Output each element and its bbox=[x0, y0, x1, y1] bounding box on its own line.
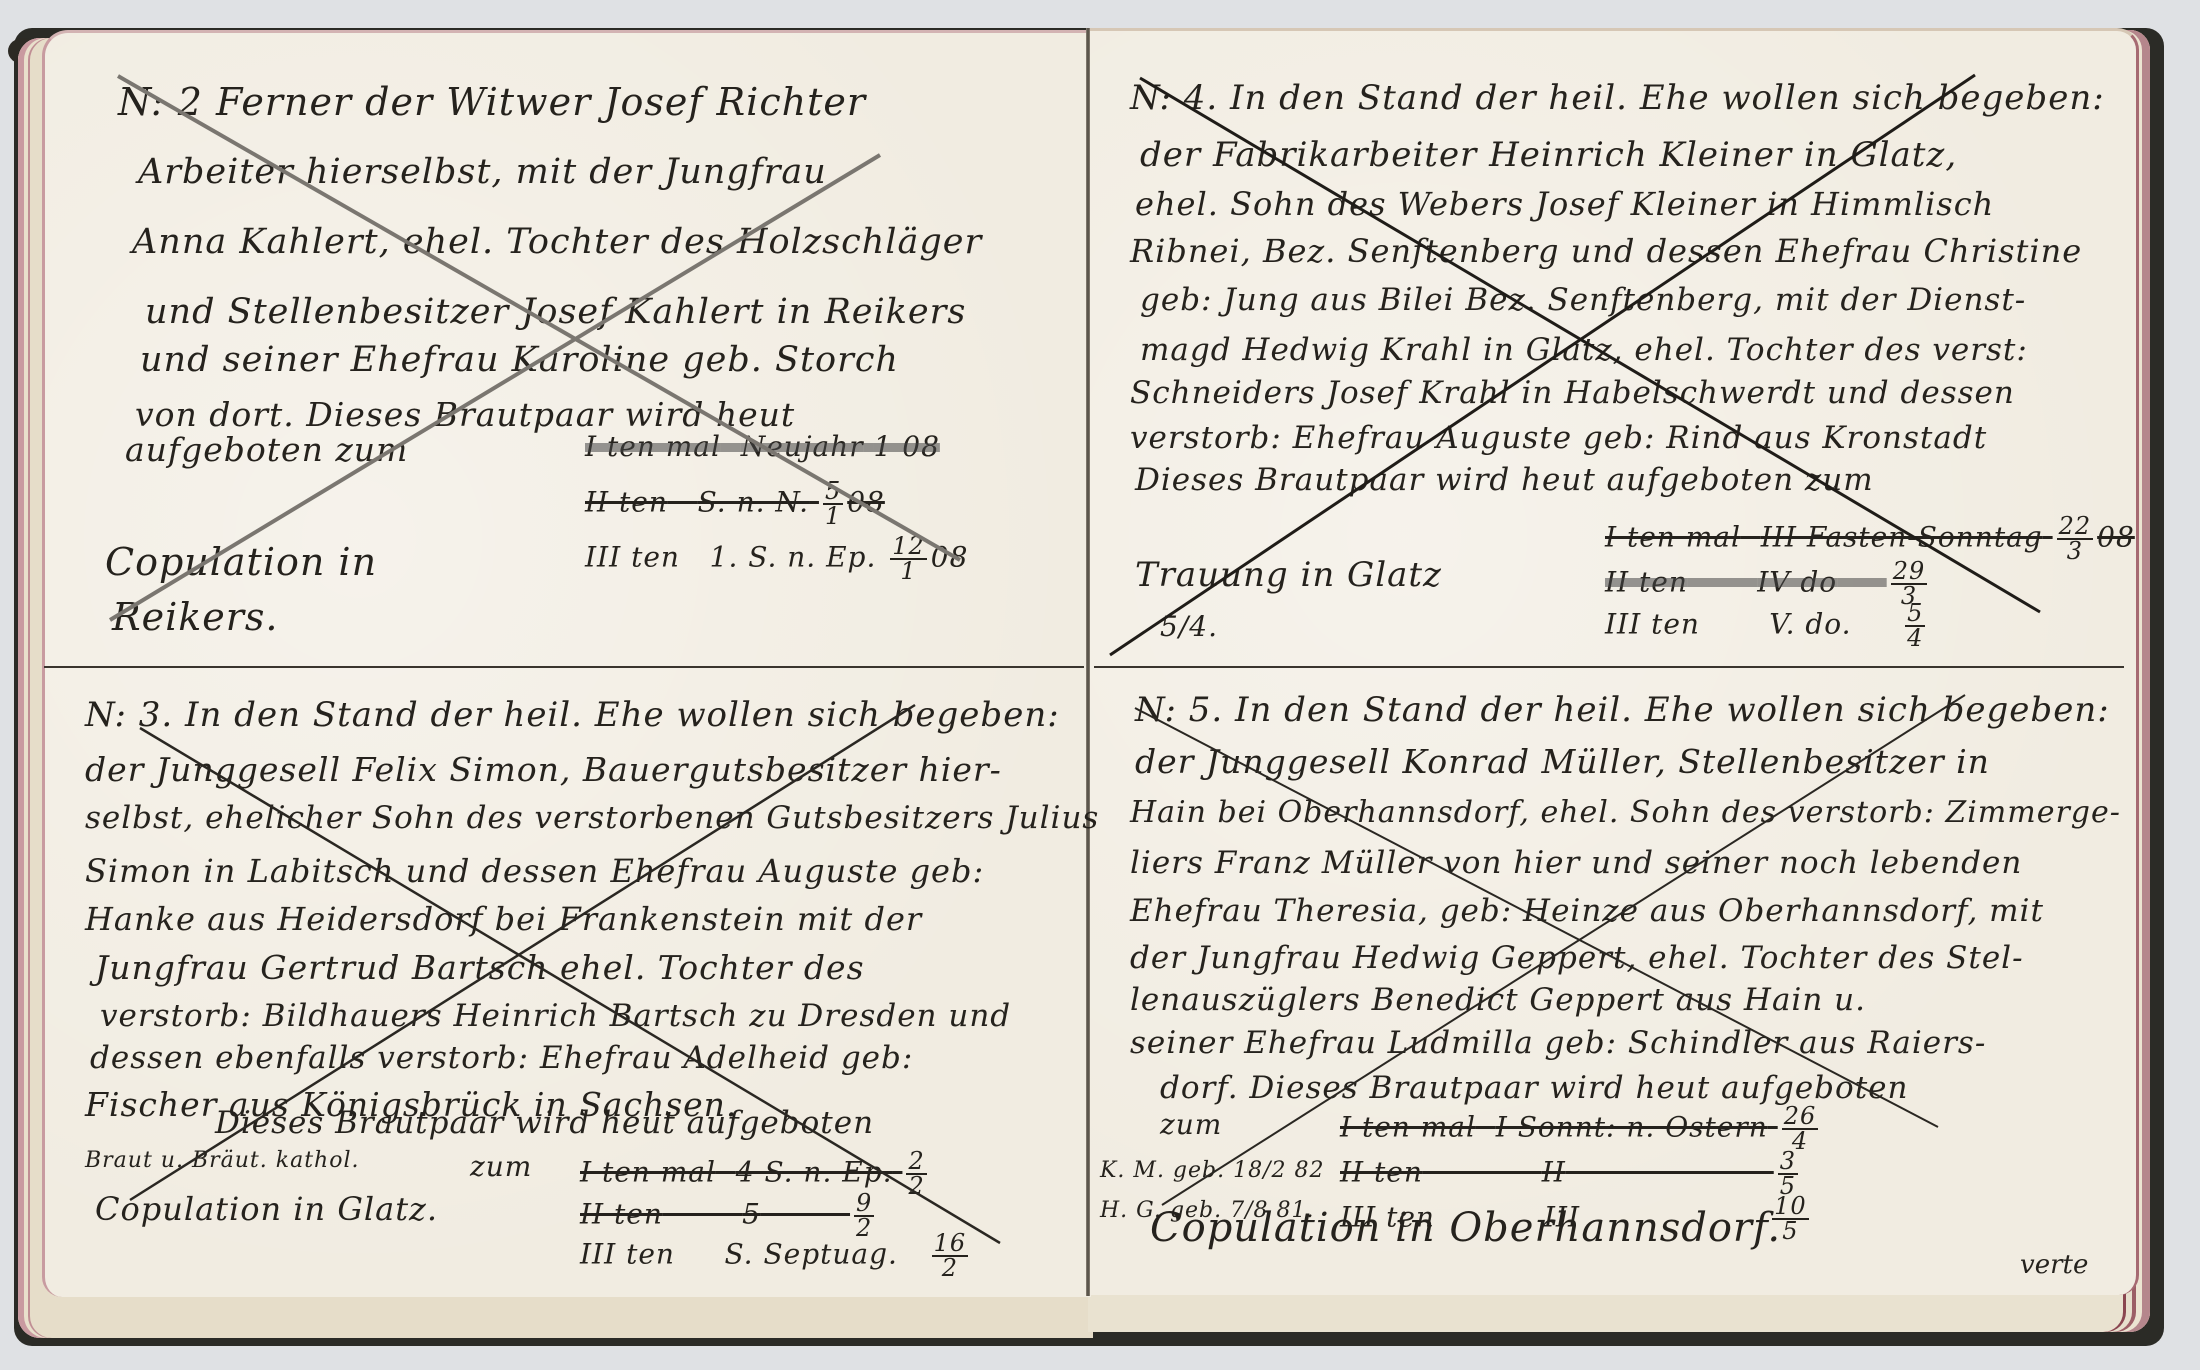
entry-line: N: 2 Ferner der Witwer Josef Richter bbox=[118, 80, 866, 124]
entry-line: lenauszüglers Benedict Geppert aus Hain … bbox=[1130, 982, 1866, 1018]
entry-line: ehel. Sohn des Webers Josef Kleiner in H… bbox=[1135, 185, 1994, 223]
entry-line: dorf. Dieses Brautpaar wird heut aufgebo… bbox=[1160, 1070, 1908, 1106]
entry-line: und Stellenbesitzer Josef Kahlert in Rei… bbox=[145, 292, 966, 332]
entry-line: der Jungfrau Hedwig Geppert, ehel. Tocht… bbox=[1130, 940, 2024, 976]
entry-line: selbst, ehelicher Sohn des verstorbenen … bbox=[85, 800, 1099, 836]
banns-row-1: I ten mal III Fasten-Sonntag 22308 bbox=[1605, 515, 2135, 563]
entry-line: aufgeboten zum bbox=[125, 430, 408, 469]
margin-note-groom-birth: K. M. geb. 18/2 82 bbox=[1100, 1158, 1325, 1183]
banns-row-2: II ten II 35 bbox=[1340, 1150, 1802, 1198]
banns-row-2: II ten IV do 293 bbox=[1605, 560, 1931, 608]
entry-line: liers Franz Müller von hier und seiner n… bbox=[1130, 845, 2022, 881]
banns-row-3: III ten 1. S. n. Ep. 12108 bbox=[585, 535, 968, 583]
banns-row-2: II ten S. n. N. 5108 bbox=[585, 480, 885, 528]
entry-footer: Copulation in Glatz. bbox=[95, 1190, 438, 1228]
entry-footer: Trauung in Glatz bbox=[1135, 555, 1442, 595]
entry-line: Ribnei, Bez. Senftenberg und dessen Ehef… bbox=[1130, 232, 2082, 270]
entry-line: der Fabrikarbeiter Heinrich Kleiner in G… bbox=[1140, 135, 1957, 175]
banns-row-1: I ten mal 4 S. n. Ep. 22 bbox=[580, 1150, 931, 1198]
margin-note: Braut u. Bräut. kathol. bbox=[85, 1148, 360, 1173]
entry-line: Simon in Labitsch und dessen Ehefrau Aug… bbox=[85, 852, 984, 890]
entry-line: Arbeiter hierselbst, mit der Jungfrau bbox=[138, 152, 827, 192]
banns-row-1: I ten mal Neujahr 1 08 bbox=[585, 430, 940, 463]
entry-line: Anna Kahlert, ehel. Tochter des Holzschl… bbox=[132, 222, 982, 262]
banns-row-3: III ten V. do. 54 bbox=[1605, 602, 1929, 650]
entry-footer: Copulation in Oberhannsdorf. bbox=[1150, 1205, 1781, 1251]
entry-line: seiner Ehefrau Ludmilla geb: Schindler a… bbox=[1130, 1025, 1986, 1061]
entry-line: Jungfrau Gertrud Bartsch ehel. Tochter d… bbox=[95, 948, 865, 987]
page-turn-note: verte bbox=[2020, 1250, 2088, 1280]
entry-line: von dort. Dieses Brautpaar wird heut bbox=[135, 395, 795, 434]
entry-line: verstorb: Ehefrau Auguste geb: Rind aus … bbox=[1130, 420, 1987, 456]
entry-line: Hanke aus Heidersdorf bei Frankenstein m… bbox=[85, 900, 922, 938]
entry-line: Schneiders Josef Krahl in Habelschwerdt … bbox=[1130, 375, 2015, 411]
book-gutter bbox=[1086, 28, 1090, 1296]
left-page-divider bbox=[44, 666, 1084, 668]
banns-row-3: III ten S. Septuag. 162 bbox=[580, 1232, 972, 1280]
entry-line: Dieses Brautpaar wird heut aufgeboten bbox=[215, 1105, 874, 1141]
entry-line: N: 3. In den Stand der heil. Ehe wollen … bbox=[85, 695, 1060, 735]
right-page-divider bbox=[1094, 666, 2124, 668]
zum-label: zum bbox=[1160, 1108, 1222, 1141]
entry-line: verstorb: Bildhauers Heinrich Bartsch zu… bbox=[100, 998, 1011, 1034]
entry-line: der Junggesell Felix Simon, Bauergutsbes… bbox=[85, 750, 1002, 789]
banns-row-1: I ten mal I Sonnt: n. Ostern 264 bbox=[1340, 1105, 1822, 1153]
entry-line: Hain bei Oberhannsdorf, ehel. Sohn des v… bbox=[1130, 795, 2121, 830]
entry-line: und seiner Ehefrau Karoline geb. Storch bbox=[140, 340, 899, 380]
entry-line: dessen ebenfalls verstorb: Ehefrau Adelh… bbox=[90, 1040, 913, 1076]
entry-line: N: 4. In den Stand der heil. Ehe wollen … bbox=[1130, 78, 2105, 118]
zum-label: zum bbox=[470, 1150, 532, 1183]
entry-line: Ehefrau Theresia, geb: Heinze aus Oberha… bbox=[1130, 893, 2044, 929]
entry-line: N: 5. In den Stand der heil. Ehe wollen … bbox=[1135, 690, 2110, 730]
entry-line: der Junggesell Konrad Müller, Stellenbes… bbox=[1135, 742, 1990, 781]
entry-line: magd Hedwig Krahl in Glatz, ehel. Tochte… bbox=[1140, 332, 2028, 368]
entry-footer: Reikers. bbox=[112, 595, 279, 639]
entry-footer: Copulation in bbox=[105, 540, 377, 584]
entry-line: geb: Jung aus Bilei Bez. Senftenberg, mi… bbox=[1140, 282, 2026, 318]
entry-footer-date: 5/4. bbox=[1160, 610, 1218, 643]
entry-line: Dieses Brautpaar wird heut aufgeboten zu… bbox=[1135, 462, 1874, 498]
